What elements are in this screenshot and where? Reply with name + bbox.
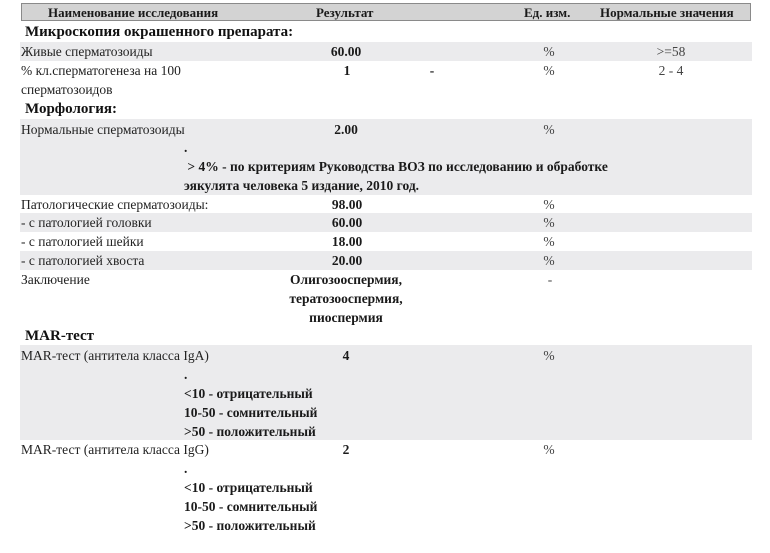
row-mar-iga-name: MAR-тест (антитела класса IgA) [21,348,209,364]
row-live-name: Живые сперматозоиды [21,44,153,60]
row-conclusion-name: Заключение [21,272,90,288]
row-spermatogenesis-norm: 2 - 4 [659,63,684,79]
row-head-name: - с патологией головки [21,215,152,231]
row-tail-name: - с патологией хвоста [21,253,144,269]
row-conclusion-result-1: Олигозооспермия, [290,272,402,288]
row-mar-igg-unit: % [543,442,554,458]
row-tail-result: 20.00 [332,253,362,269]
row-mar-iga-unit: % [543,348,554,364]
row-tail-unit: % [543,253,554,269]
section-microscopy: Микроскопия окрашенного препарата: [25,24,293,41]
row-conclusion-unit: - [548,272,553,288]
row-mar-igg-note-1: <10 - отрицательный [184,478,313,497]
section-morphology: Морфология: [25,101,117,118]
row-mar-igg-name: MAR-тест (антитела класса IgG) [21,442,209,458]
row-spermatogenesis-result: 1 [344,63,351,79]
row-mar-igg-note-dot: . [184,459,187,478]
row-mar-iga-note-3: >50 - положительный [184,422,316,441]
row-normal-note-2: эякулята человека 5 издание, 2010 год. [184,176,419,195]
row-spermatogenesis-unit: % [543,63,554,79]
row-head-unit: % [543,215,554,231]
row-conclusion-result-3: пиоспермия [309,310,383,326]
row-head-result: 60.00 [332,215,362,231]
row-normal-note-1: > 4% - по критериям Руководства ВОЗ по и… [184,157,608,176]
header-norm: Нормальные значения [600,5,734,21]
row-normal-result: 2.00 [334,122,358,138]
row-normal-note-dot: . [184,138,187,157]
row-live-result: 60.00 [331,44,361,60]
row-mar-iga-note-dot: . [184,365,187,384]
row-spermatogenesis-name-2: сперматозоидов [21,82,113,98]
header-name: Наименование исследования [48,5,218,21]
row-mar-igg-note-2: 10-50 - сомнительный [184,497,317,516]
row-live-unit: % [543,44,554,60]
row-neck-name: - с патологией шейки [21,234,144,250]
row-mar-iga-note-2: 10-50 - сомнительный [184,403,317,422]
row-normal-name: Нормальные сперматозоиды [21,122,185,138]
row-spermatogenesis-name-1: % кл.сперматогенеза на 100 [21,63,181,79]
row-neck-unit: % [543,234,554,250]
row-mar-igg-note-3: >50 - положительный [184,516,316,535]
section-mar: MAR-тест [25,328,94,345]
row-neck-result: 18.00 [332,234,362,250]
row-pathological-unit: % [543,197,554,213]
header-unit: Ед. изм. [524,5,570,21]
row-pathological-name: Патологические сперматозоиды: [21,197,208,213]
row-mar-igg-result: 2 [343,442,350,458]
row-normal-unit: % [543,122,554,138]
row-live-norm: >=58 [657,44,686,60]
row-mar-iga-result: 4 [343,348,350,364]
row-pathological-result: 98.00 [332,197,362,213]
header-result: Результат [316,5,373,21]
row-conclusion-result-2: тератозооспермия, [289,291,402,307]
row-mar-iga-note-1: <10 - отрицательный [184,384,313,403]
row-spermatogenesis-flag: - [430,63,435,79]
